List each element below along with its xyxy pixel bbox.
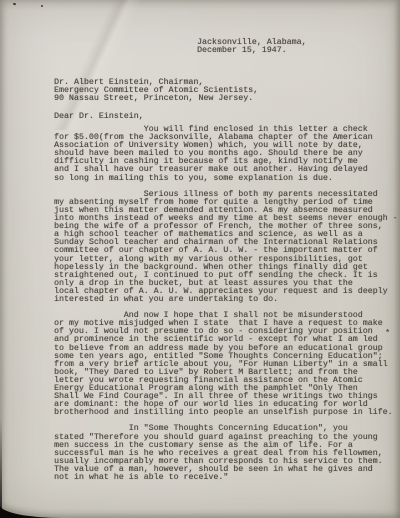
recipient-address: Dr. Albert Einstein, Chairman, Emergency… xyxy=(54,79,258,103)
scanned-letter: Jacksonville, Alabama, December 15, 1947… xyxy=(0,0,400,518)
paper-speck-icon xyxy=(13,3,17,6)
paper-crease xyxy=(0,0,190,130)
letter-body: You will find enclosed in this letter a … xyxy=(54,126,398,490)
paragraph-enclosed-check: You will find enclosed in this letter a … xyxy=(54,126,398,183)
paragraph-education-quote: In "Some Thoughts Concerning Education",… xyxy=(54,425,398,482)
salutation: Dear Dr. Einstein, xyxy=(54,113,144,121)
right-edge-shadow xyxy=(394,0,400,518)
paragraph-explanation-delay: Serious illness of both my parents neces… xyxy=(54,191,398,304)
left-edge-shadow xyxy=(0,418,2,518)
letter-paper: Jacksonville, Alabama, December 15, 1947… xyxy=(0,0,400,518)
paragraph-request: And now I hope that I shall not be misun… xyxy=(54,312,398,417)
margin-asterisk: * xyxy=(385,330,390,338)
dateline: Jacksonville, Alabama, December 15, 1947… xyxy=(197,39,307,55)
paper-speck-icon xyxy=(41,5,43,7)
